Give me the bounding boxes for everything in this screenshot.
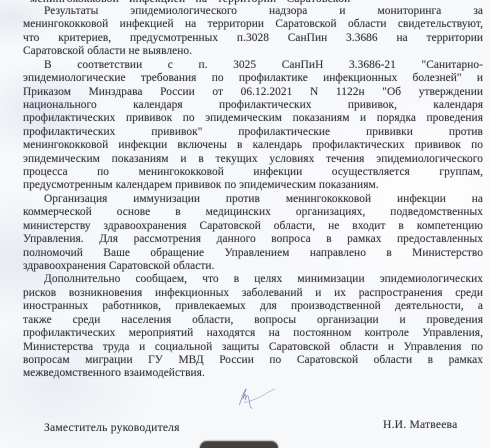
- text-line: здравоохранения Саратовской области.: [23, 260, 483, 273]
- text-line: министерству здравоохранения Саратовской…: [23, 220, 483, 233]
- text-line: Организация иммунизации против менингоко…: [23, 193, 483, 206]
- text-line: коммерческой основе в медицинских органи…: [23, 206, 483, 219]
- text-line: менингококковой инфекцией на территории …: [23, 18, 483, 31]
- clipped-text-fragment: менингококковой инфекцией на территории …: [30, 0, 420, 5]
- letter-body: Результаты эпидемиологического надзора и…: [23, 5, 483, 381]
- scanned-letter-page: менингококковой инфекцией на территории …: [0, 0, 490, 448]
- text-line: эпидемическим показаниям и в текущих усл…: [23, 153, 483, 166]
- text-line: межведомственного взаимодействия.: [23, 367, 483, 380]
- text-line: Управления. Для рассмотрения данного воп…: [23, 233, 483, 246]
- text-line: профилактических мероприятий находятся н…: [23, 327, 483, 340]
- text-line: иностранных работников, привлекаемых для…: [23, 300, 483, 313]
- text-line: Саратовской области не выявлено.: [23, 45, 483, 58]
- text-line: вопросам миграции ГУ МВД России по Сарат…: [23, 354, 483, 367]
- text-line: Дополнительно сообщаем, что в целях мини…: [23, 273, 483, 286]
- handwritten-signature-ink: [235, 386, 360, 448]
- text-line: Приказом Минздрава России от 06.12.2021 …: [23, 86, 483, 99]
- text-line: что критериев, предусмотренных п.3028 Са…: [23, 32, 483, 45]
- signer-position: Заместитель руководителя: [44, 421, 180, 434]
- text-line: В соответствии с п. 3025 СанПиН 3.3686-2…: [23, 59, 483, 72]
- text-line: национального календаря профилактических…: [23, 99, 483, 112]
- text-line: профилактических прививок по эпидемическ…: [23, 112, 483, 125]
- text-line: предусмотренным календарем прививок по э…: [23, 179, 483, 192]
- text-line: Министерства труда и социальной защиты С…: [23, 341, 483, 354]
- text-line: рисков возникновения инфекционных заболе…: [23, 287, 483, 300]
- text-line: также среди населения области, вопросы о…: [23, 314, 483, 327]
- text-line: полномочий Ваше обращение Управлением на…: [23, 247, 483, 260]
- stamp-top-edge: [200, 441, 278, 448]
- text-line: менингококковой инфекции включены в кале…: [23, 139, 483, 152]
- text-line: профилактических прививок" профилактичес…: [23, 126, 483, 139]
- text-line: Результаты эпидемиологического надзора и…: [23, 5, 483, 18]
- text-line: процесса по менингококковой инфекции осу…: [23, 166, 483, 179]
- signer-name: Н.И. Матвеева: [383, 418, 457, 431]
- text-line: эпидемиологические требования по профила…: [23, 72, 483, 85]
